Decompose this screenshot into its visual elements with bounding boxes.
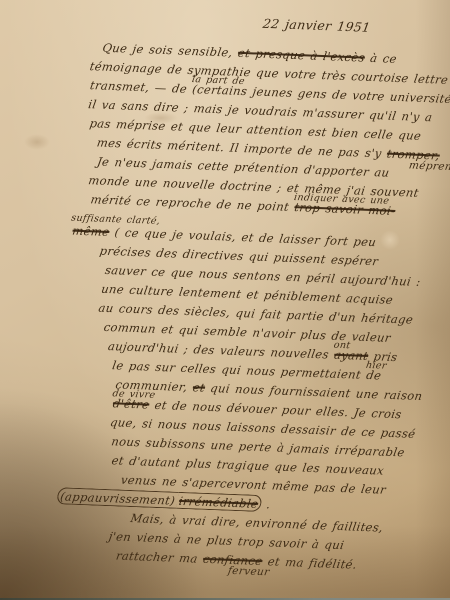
photo-background: 22 janvier 1951 Que je sois sensible, et… <box>0 0 450 600</box>
strikethrough-text: trop savoir moi-indiquer avec une <box>293 200 396 218</box>
letter-text: rattacher ma <box>115 549 204 566</box>
letter-text: . <box>260 497 272 511</box>
letter-text: dehier <box>365 368 382 382</box>
inserted-correction: indiquer avec une <box>293 193 390 207</box>
strikethrough-text: confianceferveur <box>202 552 264 568</box>
letter-text: et ma fidélité. <box>261 554 358 572</box>
letter-body: 22 janvier 1951 Que je sois sensible, et… <box>0 4 440 577</box>
strikethrough-text: tromper,méprendre . <box>386 147 441 163</box>
strikethrough-text: même <box>71 224 110 239</box>
letter-lines: Que je sois sensible, et presque à l'exc… <box>0 35 438 577</box>
inserted-correction: ont <box>333 341 351 352</box>
strikethrough-text: ayantont <box>333 348 369 363</box>
strikethrough-text: irrémédiable <box>176 492 263 512</box>
strikethrough-text: et presque à l'excès <box>237 46 366 65</box>
letter-text: (certainsla part de <box>191 82 248 98</box>
inserted-correction: la part de <box>191 75 245 87</box>
inserted-correction: hier <box>365 361 387 372</box>
letter-text: Que je sois sensible, <box>101 41 239 60</box>
letter-text: (appauvrissement) <box>56 487 178 509</box>
letter-text: à ce <box>364 51 398 66</box>
strikethrough-text: d'êtrede vivre <box>112 396 151 411</box>
letter-text: transmet, — de <box>89 78 194 96</box>
